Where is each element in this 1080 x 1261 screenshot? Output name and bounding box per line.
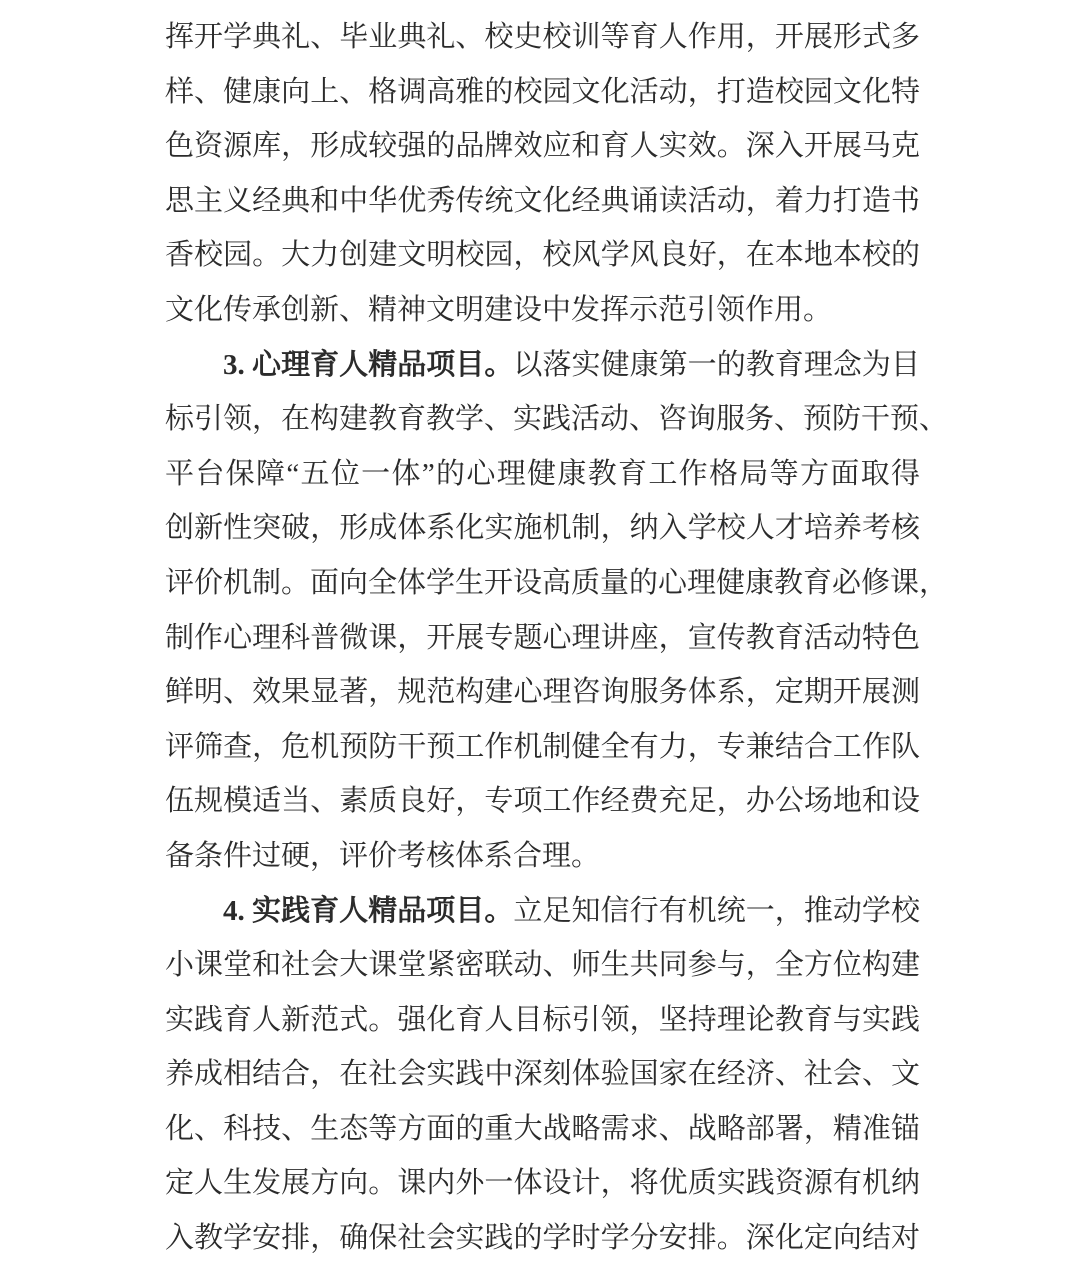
paragraph: 4. 实践育人精品项目。立足知信行有机统一，推动学校小课堂和社会大课堂紧密联动、… <box>165 884 920 1261</box>
text-line: 实践育人新范式。强化育人目标引领，坚持理论教育与实践 <box>165 993 920 1048</box>
text-line: 定人生发展方向。课内外一体设计，将优质实践资源有机纳 <box>165 1156 920 1211</box>
text-line: 养成相结合，在社会实践中深刻体验国家在经济、社会、文 <box>165 1047 920 1102</box>
text-line: 香校园。大力创建文明校园，校风学风良好，在本地本校的 <box>165 228 920 283</box>
text-line: 评价机制。面向全体学生开设高质量的心理健康教育必修课， <box>165 556 920 611</box>
text-line: 标引领，在构建教育教学、实践活动、咨询服务、预防干预、 <box>165 392 920 447</box>
text-line: 小课堂和社会大课堂紧密联动、师生共同参与，全方位构建 <box>165 938 920 993</box>
text-line: 思主义经典和中华优秀传统文化经典诵读活动，着力打造书 <box>165 174 920 229</box>
paragraph-lead: 3. 心理育人精品项目。 <box>223 349 513 381</box>
paragraph: 挥开学典礼、毕业典礼、校史校训等育人作用，开展形式多样、健康向上、格调高雅的校园… <box>165 10 920 338</box>
text-line: 备条件过硬，评价考核体系合理。 <box>165 829 920 884</box>
text-line: 创新性突破，形成体系化实施机制，纳入学校人才培养考核 <box>165 501 920 556</box>
text-line: 文化传承创新、精神文明建设中发挥示范引领作用。 <box>165 283 920 338</box>
paragraph-lead: 4. 实践育人精品项目。 <box>223 895 513 927</box>
text-line: 伍规模适当、素质良好，专项工作经费充足，办公场地和设 <box>165 774 920 829</box>
text-line: 色资源库，形成较强的品牌效应和育人实效。深入开展马克 <box>165 119 920 174</box>
text-line: 化、科技、生态等方面的重大战略需求、战略部署，精准锚 <box>165 1102 920 1157</box>
text-line: 制作心理科普微课，开展专题心理讲座，宣传教育活动特色 <box>165 611 920 666</box>
paragraph: 3. 心理育人精品项目。以落实健康第一的教育理念为目标引领，在构建教育教学、实践… <box>165 338 920 884</box>
document-text: 挥开学典礼、毕业典礼、校史校训等育人作用，开展形式多样、健康向上、格调高雅的校园… <box>165 10 920 1261</box>
text-line: 平台保障“五位一体”的心理健康教育工作格局等方面取得 <box>165 447 920 502</box>
text-line: 3. 心理育人精品项目。以落实健康第一的教育理念为目 <box>165 338 920 393</box>
text-line: 挥开学典礼、毕业典礼、校史校训等育人作用，开展形式多 <box>165 10 920 65</box>
text-line: 4. 实践育人精品项目。立足知信行有机统一，推动学校 <box>165 884 920 939</box>
text-line: 样、健康向上、格调高雅的校园文化活动，打造校园文化特 <box>165 65 920 120</box>
document-page: 挥开学典礼、毕业典礼、校史校训等育人作用，开展形式多样、健康向上、格调高雅的校园… <box>0 0 1080 1261</box>
text-line: 评筛查，危机预防干预工作机制健全有力，专兼结合工作队 <box>165 720 920 775</box>
text-line: 入教学安排，确保社会实践的学时学分安排。深化定向结对 <box>165 1211 920 1261</box>
text-line: 鲜明、效果显著，规范构建心理咨询服务体系，定期开展测 <box>165 665 920 720</box>
